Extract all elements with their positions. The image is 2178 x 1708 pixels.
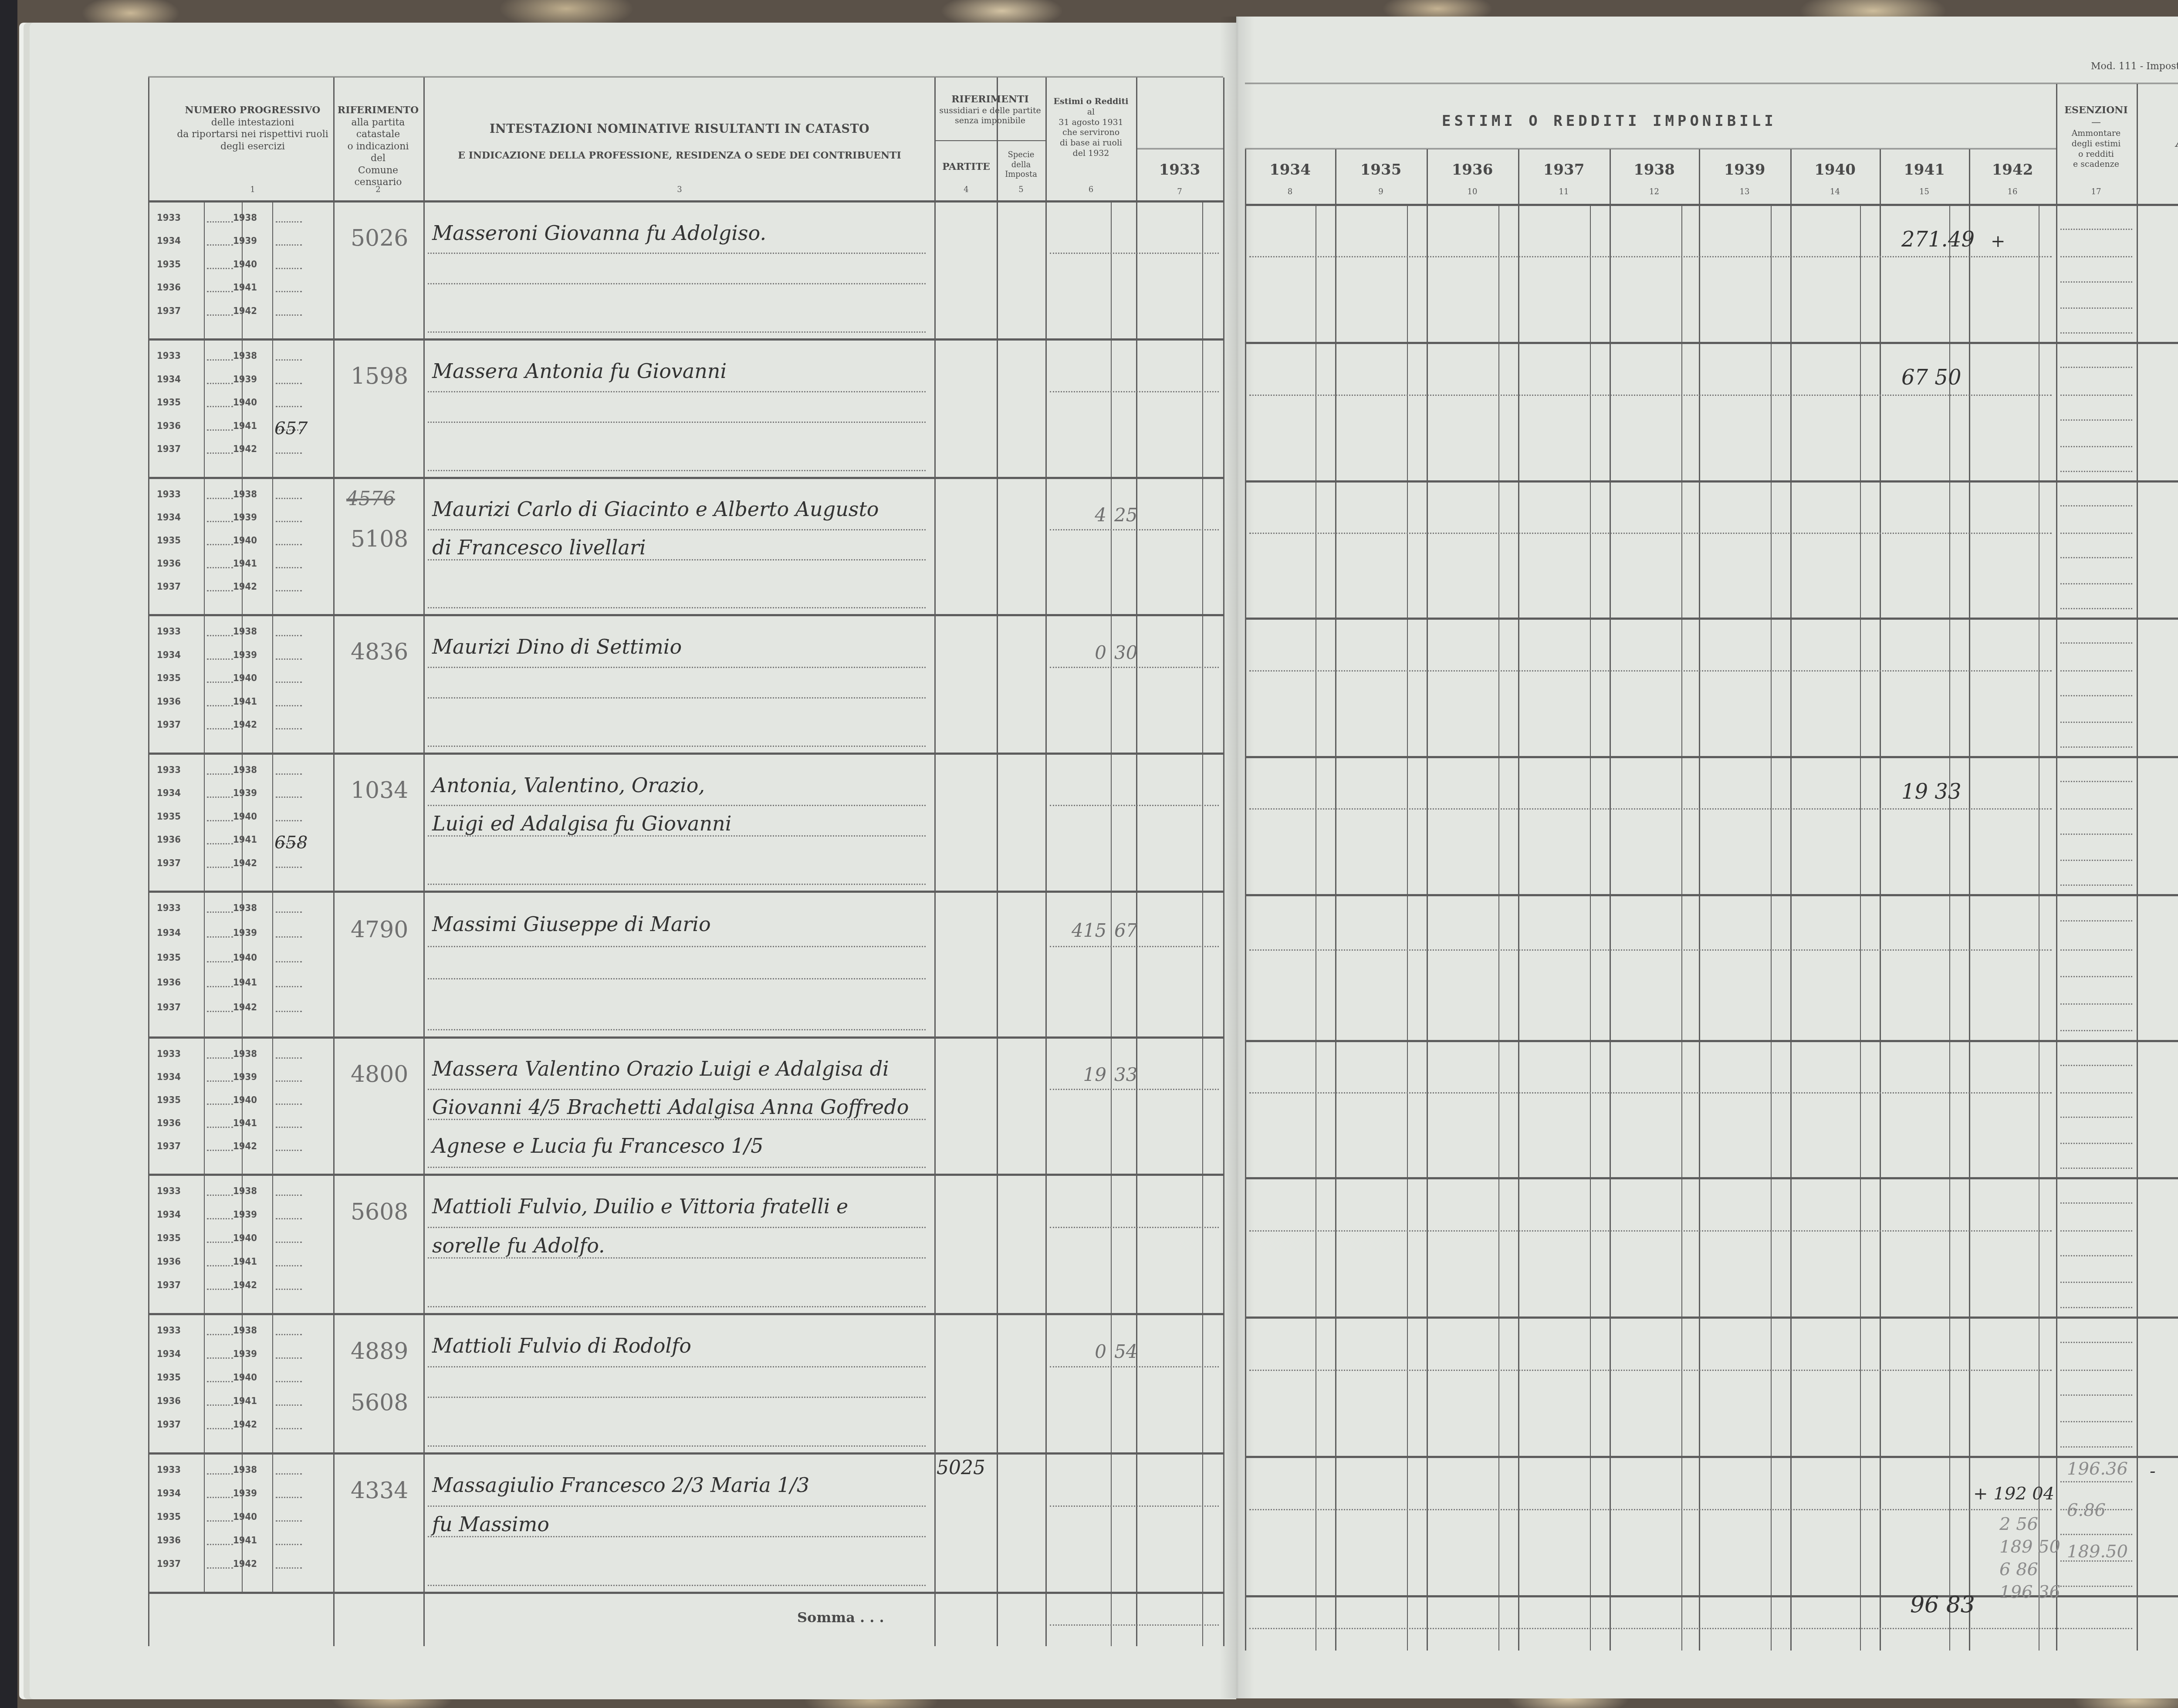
row-year-dots (276, 1195, 302, 1196)
row-separator-right (1245, 342, 2178, 344)
row-year-dots (276, 314, 302, 316)
header-intestazioni: INTESTAZIONI NOMINATIVE RISULTANTI IN CA… (425, 122, 934, 162)
esenzioni-ruling (2060, 1168, 2132, 1169)
esenzioni-value: 196.36 (2067, 1459, 2128, 1479)
row-year-right: 1942 (233, 306, 257, 317)
year-column-rule (1518, 149, 1519, 1651)
row-year-right: 1940 (233, 259, 257, 270)
colnum-18: 18 (2139, 187, 2178, 196)
row-year-left: 1935 (157, 952, 181, 963)
row-year-right: 1940 (233, 811, 257, 822)
esenzioni-ruling (2060, 1586, 2132, 1587)
row-year-right: 1941 (233, 834, 257, 845)
row-year-dots (276, 1127, 302, 1128)
name-ruling (428, 1257, 926, 1259)
year-header-1940: 1940 (1790, 161, 1880, 179)
year-decimal-rule (1860, 205, 1861, 1651)
row-year-left: 1935 (157, 1233, 181, 1244)
row-year-right: 1942 (233, 581, 257, 592)
colnum-9: 9 (1335, 187, 1427, 196)
row-year-left: 1936 (157, 558, 181, 569)
name-ruling (428, 746, 926, 747)
row-separator-right (1245, 1177, 2178, 1179)
row-year-dots (276, 1497, 302, 1498)
esenzioni-ruling (2060, 1117, 2132, 1118)
row-year-left: 1936 (157, 1535, 181, 1546)
row-separator-right (1245, 480, 2178, 483)
row-year-left: 1933 (157, 626, 181, 637)
row-year-right: 1942 (233, 719, 257, 730)
contributor-name-line: Massagiulio Francesco 2/3 Maria 1/3 (432, 1473, 809, 1497)
estimo-1931-int: 19 (1072, 1064, 1106, 1085)
sum-ruling-left (1050, 1624, 1219, 1626)
row-separator-right (1245, 1316, 2178, 1319)
row-year-dots (207, 936, 233, 938)
year-header-1939: 1939 (1699, 161, 1790, 179)
colnum-17: 17 (2057, 187, 2135, 196)
row-separator-left (148, 614, 1223, 616)
row-year-left: 1934 (157, 1072, 181, 1083)
row-year-dots (276, 590, 302, 591)
book-spine-left (0, 0, 17, 1708)
partita-number: 5608 (351, 1199, 408, 1225)
row-year-dots (276, 544, 302, 545)
estimo-1931-dec: 25 (1114, 504, 1137, 526)
value-ruling-left (1050, 1089, 1219, 1090)
esenzioni-ruling (2060, 1065, 2132, 1066)
row-year-dots (207, 1150, 233, 1151)
row-year-dots (207, 797, 233, 798)
row-year-dots (276, 1567, 302, 1569)
row-year-dots (207, 314, 233, 316)
row-year-dots (207, 383, 233, 384)
name-ruling (428, 1536, 926, 1537)
year-column-rule (1790, 149, 1792, 1651)
name-ruling (428, 1445, 926, 1447)
row-year-right: 1939 (233, 650, 257, 661)
esenzioni-ruling (2060, 1421, 2132, 1422)
row-separator-left (148, 200, 1223, 203)
row-year-left: 1936 (157, 696, 181, 707)
margin-number: 657 (274, 419, 308, 439)
row-year-right: 1938 (233, 489, 257, 500)
row-year-dots (276, 1334, 302, 1335)
row-year-dots (276, 1520, 302, 1522)
name-ruling (428, 331, 926, 333)
row-year-dots (276, 773, 302, 775)
row-year-dots (276, 291, 302, 292)
row-year-right: 1940 (233, 1095, 257, 1106)
row-year-left: 1933 (157, 489, 181, 500)
column-rule (148, 78, 149, 1646)
row-year-dots (207, 1428, 233, 1429)
row-year-left: 1934 (157, 374, 181, 385)
row-year-left: 1935 (157, 535, 181, 546)
esenzioni-ruling (2060, 1282, 2132, 1283)
row-separator-left (148, 1174, 1223, 1176)
row-year-dots (207, 1218, 233, 1219)
esenzioni-ruling (2060, 834, 2132, 835)
column-subrule (272, 200, 273, 1592)
ledger-right-page (1236, 17, 2178, 1698)
y1933-decimal-rule (1202, 200, 1203, 1646)
row-year-dots (276, 936, 302, 938)
row-year-dots (207, 843, 233, 844)
row-year-dots (207, 521, 233, 522)
row-year-right: 1942 (233, 1141, 257, 1152)
row-year-dots (207, 773, 233, 775)
esenzioni-ruling (2060, 1092, 2132, 1094)
name-ruling (428, 946, 926, 947)
esenzioni-ruling (2060, 1534, 2132, 1535)
header-numero-progressivo: NUMERO PROGRESSIVO delle intestazioni da… (172, 105, 333, 152)
row-year-left: 1937 (157, 1141, 181, 1152)
row-year-dots (207, 1265, 233, 1266)
name-ruling (428, 559, 926, 560)
year-column-rule (1610, 149, 1611, 1651)
row-year-left: 1937 (157, 1419, 181, 1430)
value-ruling-left (1050, 1227, 1219, 1228)
row-year-dots (207, 911, 233, 913)
row-separator-right (1245, 894, 2178, 896)
value-ruling-right (1249, 1509, 2052, 1510)
row-year-right: 1939 (233, 1488, 257, 1499)
row-year-dots (207, 1567, 233, 1569)
colnum-13: 13 (1699, 187, 1790, 196)
row-separator-right (1245, 1040, 2178, 1042)
row-year-dots (276, 268, 302, 269)
row-year-left: 1937 (157, 444, 181, 455)
estimi-subheader-line-left (1136, 148, 1223, 152)
esenzioni-ruling (2060, 307, 2132, 309)
row-year-left: 1933 (157, 765, 181, 776)
row-year-dots (276, 1218, 302, 1219)
row-year-right: 1940 (233, 397, 257, 408)
row-year-right: 1941 (233, 1118, 257, 1129)
row-year-left: 1935 (157, 1372, 181, 1383)
partita-number: 4790 (351, 917, 408, 943)
value-ruling-right (1249, 949, 2052, 951)
row-year-dots (276, 383, 302, 384)
contributor-name-line: Giovanni 4/5 Brachetti Adalgisa Anna Gof… (432, 1095, 909, 1119)
row-year-right: 1938 (233, 351, 257, 361)
estimo-1931-int: 0 (1072, 642, 1106, 663)
row-year-dots (207, 1080, 233, 1082)
header-partite: PARTITE (936, 161, 997, 173)
column-rule (934, 78, 936, 1646)
contributor-name-line: sorelle fu Adolfo. (432, 1234, 605, 1257)
row-year-dots (207, 1057, 233, 1059)
row-year-left: 1936 (157, 1396, 181, 1407)
row-year-left: 1935 (157, 811, 181, 822)
esenzioni-ruling (2060, 395, 2132, 396)
row-year-dots (207, 268, 233, 269)
esenzioni-ruling (2060, 1003, 2132, 1005)
year-decimal-rule (1407, 205, 1408, 1651)
row-year-dots (276, 567, 302, 568)
esenzioni-ruling (2060, 1255, 2132, 1256)
row-year-right: 1938 (233, 626, 257, 637)
row-year-right: 1942 (233, 858, 257, 869)
row-year-left: 1937 (157, 1559, 181, 1570)
value-1941: 67 50 (1901, 365, 1961, 390)
row-year-dots (276, 521, 302, 522)
row-year-left: 1934 (157, 236, 181, 246)
colnum-4: 4 (936, 185, 997, 194)
row-year-dots (207, 1289, 233, 1290)
esenzioni-ruling (2060, 860, 2132, 861)
row-separator-left (148, 753, 1223, 755)
value-ruling-right (1249, 395, 2052, 396)
row-year-dots (276, 635, 302, 636)
esenzioni-ruling (2060, 557, 2132, 558)
esenzioni-ruling (2060, 781, 2132, 782)
row-year-left: 1936 (157, 977, 181, 988)
row-year-dots (207, 658, 233, 660)
book-gutter (1220, 17, 1255, 1698)
margin-number: 658 (274, 833, 308, 853)
sum-label: Somma . . . (797, 1609, 884, 1626)
partita-struck: 4576 (346, 488, 395, 510)
name-ruling (428, 1397, 926, 1398)
row-year-dots (276, 221, 302, 223)
row-year-right: 1941 (233, 282, 257, 293)
partita-number: 5026 (351, 225, 408, 251)
row-year-right: 1939 (233, 1072, 257, 1083)
row-separator-right (1245, 756, 2178, 758)
value-ruling-right (1249, 808, 2052, 810)
row-year-dots (276, 986, 302, 987)
model-label: Mod. 111 - Imposte Dirette (Intercalare)… (2091, 61, 2178, 72)
contributor-name-line: Masseroni Giovanna fu Adolgiso. (432, 221, 766, 245)
row-year-left: 1937 (157, 1002, 181, 1013)
row-year-right: 1941 (233, 977, 257, 988)
estimo-1931-dec: 67 (1114, 920, 1137, 941)
row-year-dots (207, 1404, 233, 1406)
contributor-name-line: Agnese e Lucia fu Francesco 1/5 (432, 1134, 763, 1158)
colnum-3: 3 (425, 185, 934, 194)
estimo-1931-dec: 54 (1114, 1341, 1137, 1362)
name-ruling (428, 1585, 926, 1586)
row-year-dots (207, 1334, 233, 1335)
row-year-right: 1938 (233, 765, 257, 776)
row-year-right: 1942 (233, 444, 257, 455)
row-year-dots (276, 359, 302, 361)
esenzioni-ruling (2060, 1202, 2132, 1204)
row-year-left: 1936 (157, 834, 181, 845)
year-decimal-rule (1498, 205, 1499, 1651)
annotation: - (2150, 1461, 2156, 1481)
value-ruling-left (1050, 1366, 1219, 1367)
name-ruling (428, 422, 926, 423)
esenzioni-ruling (2060, 1446, 2132, 1448)
column-rule (1223, 78, 1224, 1646)
row-year-right: 1942 (233, 1002, 257, 1013)
frame-top-left (148, 76, 1223, 80)
row-year-dots (207, 1381, 233, 1382)
row-year-left: 1937 (157, 719, 181, 730)
esenzioni-ruling (2060, 695, 2132, 696)
row-year-left: 1933 (157, 1049, 181, 1060)
row-year-dots (207, 590, 233, 591)
row-year-right: 1940 (233, 1512, 257, 1522)
row-year-dots (207, 221, 233, 223)
row-year-dots (276, 705, 302, 706)
value-ruling-right (1249, 1230, 2052, 1232)
name-ruling (428, 607, 926, 608)
esenzioni-ruling (2060, 583, 2132, 584)
row-year-left: 1933 (157, 1325, 181, 1336)
year-decimal-rule (1590, 205, 1591, 1651)
value-ruling-right (1249, 533, 2052, 534)
row-separator-left (148, 1592, 1223, 1594)
name-ruling (428, 1366, 926, 1367)
name-ruling (428, 1089, 926, 1090)
value-1942: + 192 04 (1973, 1484, 2054, 1504)
riferimenti-split-line (934, 140, 1045, 141)
row-year-left: 1933 (157, 351, 181, 361)
calc-pencil: 189 50 (1999, 1537, 2060, 1557)
row-year-dots (276, 682, 302, 683)
frame-top-right (1245, 83, 2178, 87)
row-year-dots (276, 244, 302, 246)
row-year-dots (276, 1357, 302, 1359)
row-year-dots (207, 359, 233, 361)
name-ruling (428, 835, 926, 837)
partita-number: 1034 (351, 777, 408, 803)
row-year-right: 1938 (233, 1049, 257, 1060)
colnum-1: 1 (172, 185, 333, 194)
name-ruling (428, 529, 926, 530)
esenzioni-ruling (2060, 332, 2132, 334)
estimo-1931-dec: 33 (1114, 1064, 1137, 1085)
contributor-name-line: Maurizi Carlo di Giacinto e Alberto Augu… (432, 497, 879, 521)
calc-pencil: 2 56 (1999, 1514, 2038, 1534)
year-decimal-rule (1316, 205, 1316, 1651)
value-ruling-left (1050, 805, 1219, 806)
row-year-dots (207, 705, 233, 706)
estimi-subheader-line (1245, 148, 2056, 152)
value-ruling-left (1050, 529, 1219, 530)
estimo-1931-int: 4 (1072, 504, 1106, 526)
partita-number-second: 5608 (351, 1390, 408, 1416)
sum-ruling-right (1249, 1628, 2132, 1629)
value-ruling-right (1249, 1370, 2052, 1371)
row-year-right: 1938 (233, 213, 257, 223)
column-subrule (204, 200, 205, 1592)
row-year-right: 1941 (233, 1535, 257, 1546)
column-rule (2137, 84, 2138, 1651)
row-year-left: 1935 (157, 259, 181, 270)
row-year-left: 1934 (157, 928, 181, 938)
row-year-dots (207, 291, 233, 292)
column-rule (1136, 78, 1137, 1646)
name-ruling (428, 1167, 926, 1168)
header-estimi-1931: Estimi o Redditi al 31 agosto 1931 che s… (1046, 97, 1136, 159)
name-ruling (428, 470, 926, 471)
row-year-left: 1936 (157, 1256, 181, 1267)
row-year-dots (207, 1520, 233, 1522)
row-year-dots (207, 682, 233, 683)
row-year-dots (207, 728, 233, 729)
contributor-name-line: Mattioli Fulvio di Rodolfo (432, 1334, 691, 1357)
row-year-right: 1939 (233, 374, 257, 385)
row-separator-left (148, 338, 1223, 341)
esenzioni-ruling (2060, 229, 2132, 230)
esenzioni-ruling (2060, 976, 2132, 977)
esenzioni-ruling (2060, 1394, 2132, 1396)
esenzioni-ruling (2060, 1307, 2132, 1308)
row-year-dots (276, 1150, 302, 1151)
name-ruling (428, 253, 926, 254)
row-year-right: 1940 (233, 1372, 257, 1383)
esenzioni-ruling (2060, 256, 2132, 257)
row-year-dots (207, 1473, 233, 1475)
row-year-dots (207, 635, 233, 636)
row-year-dots (207, 498, 233, 499)
row-year-dots (276, 452, 302, 454)
column-rule (423, 78, 425, 1646)
row-year-dots (207, 1497, 233, 1498)
colnum-11: 11 (1518, 187, 1610, 196)
row-year-dots (207, 1011, 233, 1012)
esenzioni-ruling (2060, 642, 2132, 644)
row-year-left: 1937 (157, 858, 181, 869)
name-ruling (428, 1306, 926, 1307)
row-year-dots (276, 1473, 302, 1475)
value-ruling-left (1050, 667, 1219, 668)
row-year-left: 1933 (157, 903, 181, 914)
year-header-1938: 1938 (1610, 161, 1699, 179)
col6-decimal-rule (1111, 200, 1112, 1646)
row-year-dots (207, 452, 233, 454)
row-year-dots (276, 1104, 302, 1105)
value-ruling-left (1050, 1505, 1219, 1507)
colnum-14: 14 (1790, 187, 1880, 196)
header-riferimenti: RIFERIMENTI sussidiari e delle partite s… (936, 94, 1045, 126)
name-ruling (428, 697, 926, 699)
partita-number: 4889 (351, 1338, 408, 1364)
row-year-left: 1934 (157, 1349, 181, 1360)
row-year-left: 1935 (157, 1512, 181, 1522)
name-ruling (428, 884, 926, 885)
colnum-10: 10 (1427, 187, 1518, 196)
esenzioni-value: 6.86 (2067, 1500, 2106, 1520)
row-year-dots (276, 867, 302, 868)
partita-number: 5108 (351, 526, 408, 552)
row-year-right: 1940 (233, 535, 257, 546)
esenzioni-ruling (2060, 533, 2132, 534)
row-year-right: 1939 (233, 512, 257, 523)
row-year-left: 1933 (157, 1186, 181, 1197)
row-year-left: 1934 (157, 788, 181, 799)
partite-value: 5025 (937, 1457, 985, 1479)
estimo-1931-dec: 30 (1114, 642, 1137, 663)
esenzioni-ruling (2060, 367, 2132, 368)
esenzioni-ruling (2060, 1370, 2132, 1371)
row-year-dots (276, 658, 302, 660)
row-separator-left (148, 1452, 1223, 1455)
name-ruling (428, 283, 926, 284)
estimo-1931-int: 415 (1072, 920, 1106, 941)
row-separator-left (148, 1313, 1223, 1315)
row-year-dots (207, 406, 233, 407)
row-year-left: 1936 (157, 1118, 181, 1129)
esenzioni-ruling (2060, 1230, 2132, 1232)
contributor-name-line: Massimi Giuseppe di Mario (432, 912, 711, 936)
row-year-dots (207, 544, 233, 545)
header-annotazioni: ANNOTAZIONI (2176, 135, 2178, 150)
